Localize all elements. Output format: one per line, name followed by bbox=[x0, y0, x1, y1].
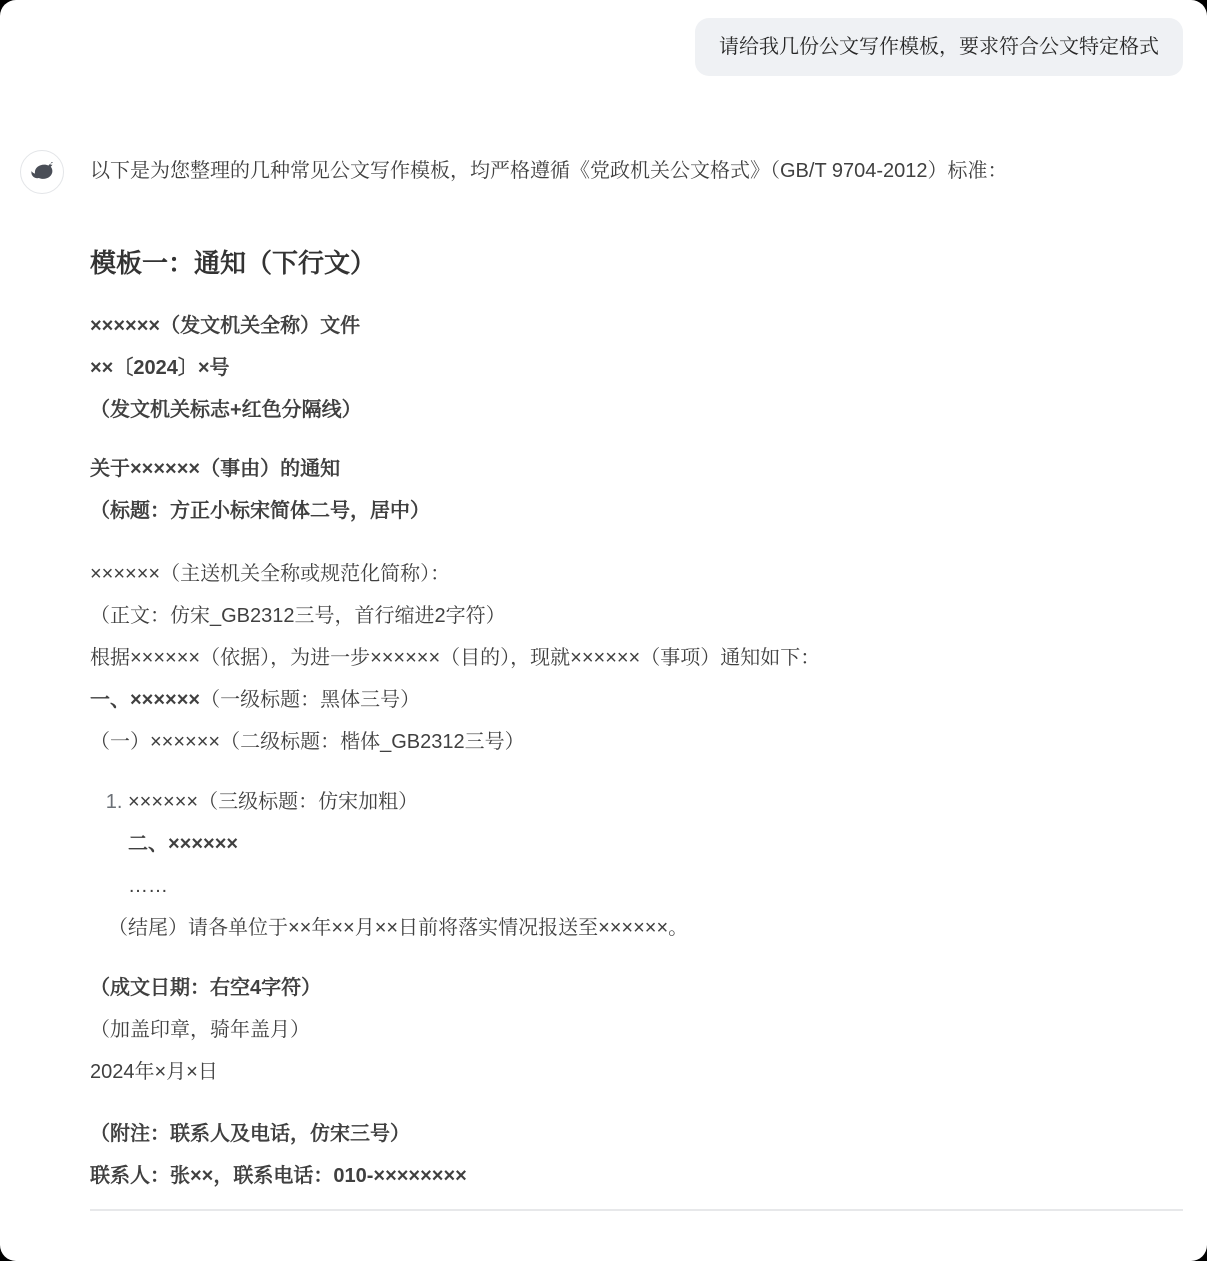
closing-sentence-line: （结尾）请各单位于××年××月××日前将落实情况报送至××××××。 bbox=[108, 917, 688, 939]
document-body-block: ××××××（主送机关全称或规范化简称）： （正文：仿宋_GB2312三号，首行… bbox=[90, 553, 1183, 763]
section-two-line: 二、×××××× bbox=[128, 833, 238, 855]
intro-paragraph: 以下是为您整理的几种常见公文写作模板，均严格遵循《党政机关公文格式》（GB/T … bbox=[90, 150, 1183, 192]
opening-sentence-line: 根据××××××（依据），为进一步××××××（目的），现就××××××（事项）… bbox=[90, 647, 820, 669]
date-sample-line: 2024年×月×日 bbox=[90, 1061, 218, 1083]
user-message-bubble: 请给我几份公文写作模板，要求符合公文特定格式 bbox=[695, 18, 1183, 76]
seal-note-line: （加盖印章，骑年盖月） bbox=[90, 1019, 310, 1041]
level1-heading-note: （一级标题：黑体三号） bbox=[200, 689, 420, 711]
section-divider bbox=[90, 1209, 1183, 1211]
level2-heading-line: （一）××××××（二级标题：楷体_GB2312三号） bbox=[90, 731, 525, 753]
date-note-line: （成文日期：右空4字符） bbox=[90, 977, 321, 999]
user-message-row: 请给我几份公文写作模板，要求符合公文特定格式 bbox=[20, 18, 1183, 76]
chat-window: 请给我几份公文写作模板，要求符合公文特定格式 以下是为您整理的几种常见公文写作模… bbox=[0, 0, 1207, 1261]
level3-heading-line: ××××××（三级标题：仿宋加粗） bbox=[128, 791, 418, 813]
contact-block: （附注：联系人及电话，仿宋三号） 联系人：张××，联系电话：010-××××××… bbox=[90, 1113, 1183, 1197]
assistant-avatar bbox=[20, 150, 64, 194]
document-header-block: ××××××（发文机关全称）文件 ××〔2024〕×号 （发文机关标志+红色分隔… bbox=[90, 305, 1183, 431]
issuing-org-line: ××××××（发文机关全称）文件 bbox=[90, 315, 360, 337]
date-block: （成文日期：右空4字符） （加盖印章，骑年盖月） 2024年×月×日 bbox=[90, 967, 1183, 1093]
title-font-note-line: （标题：方正小标宋简体二号，居中） bbox=[90, 500, 430, 522]
doc-number-line: ××〔2024〕×号 bbox=[90, 357, 230, 379]
recipient-line: ××××××（主送机关全称或规范化简称）： bbox=[90, 563, 450, 585]
assistant-message: 以下是为您整理的几种常见公文写作模板，均严格遵循《党政机关公文格式》（GB/T … bbox=[90, 150, 1183, 1211]
template1-heading: 模板一：通知（下行文） bbox=[90, 246, 1183, 280]
annotation-note-line: （附注：联系人及电话，仿宋三号） bbox=[90, 1123, 410, 1145]
level1-heading-sample: 一、×××××× bbox=[90, 689, 200, 711]
assistant-message-row: 以下是为您整理的几种常见公文写作模板，均严格遵循《党政机关公文格式》（GB/T … bbox=[20, 150, 1183, 1211]
deepseek-whale-icon bbox=[29, 159, 56, 186]
body-font-note-line: （正文：仿宋_GB2312三号，首行缩进2字符） bbox=[90, 605, 506, 627]
notice-title-line: 关于××××××（事由）的通知 bbox=[90, 458, 340, 480]
list-item: ××××××（三级标题：仿宋加粗） 二、×××××× …… （结尾）请各单位于×… bbox=[128, 781, 1183, 949]
contact-info-line: 联系人：张××，联系电话：010-×××××××× bbox=[90, 1165, 467, 1187]
ellipsis-line: …… bbox=[128, 875, 168, 897]
red-divider-note-line: （发文机关标志+红色分隔线） bbox=[90, 399, 362, 421]
document-title-block: 关于××××××（事由）的通知 （标题：方正小标宋简体二号，居中） bbox=[90, 448, 1183, 532]
numbered-list: ××××××（三级标题：仿宋加粗） 二、×××××× …… （结尾）请各单位于×… bbox=[90, 781, 1183, 949]
